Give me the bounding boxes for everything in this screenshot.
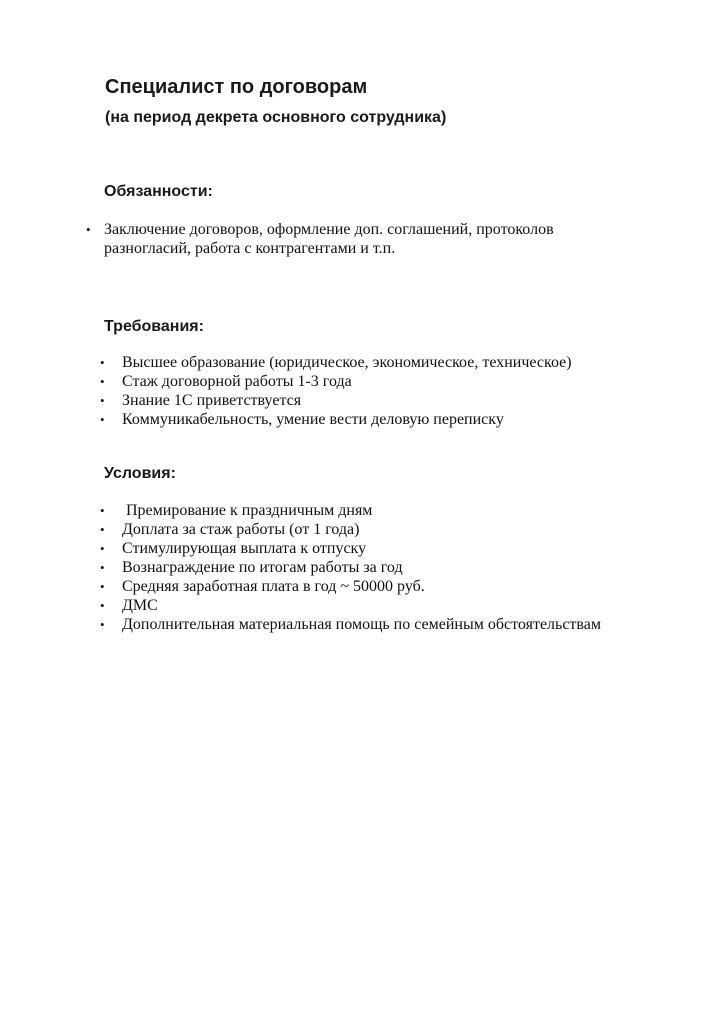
duties-list: • Заключение договоров, оформление доп. … (104, 220, 604, 258)
requirement-text: Стаж договорной работы 1-3 года (122, 373, 352, 390)
bullet-icon: • (100, 410, 105, 429)
bullet-icon: • (100, 501, 105, 520)
bullet-icon: • (100, 539, 105, 558)
list-item: • Стимулирующая выплата к отпуску (122, 539, 601, 558)
list-item: • Коммуникабельность, умение вести делов… (122, 410, 572, 429)
bullet-icon: • (100, 596, 105, 615)
section-heading-conditions: Условия: (104, 464, 176, 484)
condition-text: Премирование к праздничным дням (122, 502, 372, 519)
condition-text: Вознаграждение по итогам работы за год (122, 559, 403, 576)
condition-text: Стимулирующая выплата к отпуску (122, 540, 366, 557)
conditions-list: • Премирование к праздничным дням • Допл… (122, 501, 601, 634)
condition-text: Средняя заработная плата в год ~ 50000 р… (122, 578, 425, 595)
list-item: • Вознаграждение по итогам работы за год (122, 558, 601, 577)
list-item: • Стаж договорной работы 1-3 года (122, 372, 572, 391)
bullet-icon: • (100, 372, 105, 391)
condition-text: Дополнительная материальная помощь по се… (122, 616, 601, 633)
list-item: • Дополнительная материальная помощь по … (122, 615, 601, 634)
list-item: • Заключение договоров, оформление доп. … (104, 220, 604, 258)
bullet-icon: • (100, 391, 105, 410)
requirement-text: Коммуникабельность, умение вести деловую… (122, 411, 504, 428)
page-title: Специалист по договорам (105, 75, 367, 99)
list-item: • Доплата за стаж работы (от 1 года) (122, 520, 601, 539)
requirement-text: Высшее образование (юридическое, экономи… (122, 354, 572, 371)
section-heading-requirements: Требования: (104, 317, 204, 337)
list-item: • Премирование к праздничным дням (122, 501, 601, 520)
condition-text: Доплата за стаж работы (от 1 года) (122, 521, 359, 538)
requirement-text: Знание 1С приветствуется (122, 392, 301, 409)
bullet-icon: • (100, 558, 105, 577)
list-item: • Высшее образование (юридическое, эконо… (122, 353, 572, 372)
bullet-icon: • (100, 353, 105, 372)
bullet-icon: • (100, 615, 105, 634)
bullet-icon: • (100, 577, 105, 596)
condition-text: ДМС (122, 597, 158, 614)
requirements-list: • Высшее образование (юридическое, эконо… (122, 353, 572, 429)
list-item: • Средняя заработная плата в год ~ 50000… (122, 577, 601, 596)
duty-text: Заключение договоров, оформление доп. со… (104, 221, 554, 257)
section-heading-duties: Обязанности: (104, 182, 213, 202)
bullet-icon: • (86, 220, 91, 239)
bullet-icon: • (100, 520, 105, 539)
list-item: • Знание 1С приветствуется (122, 391, 572, 410)
page-subtitle: (на период декрета основного сотрудника) (105, 108, 446, 128)
list-item: • ДМС (122, 596, 601, 615)
